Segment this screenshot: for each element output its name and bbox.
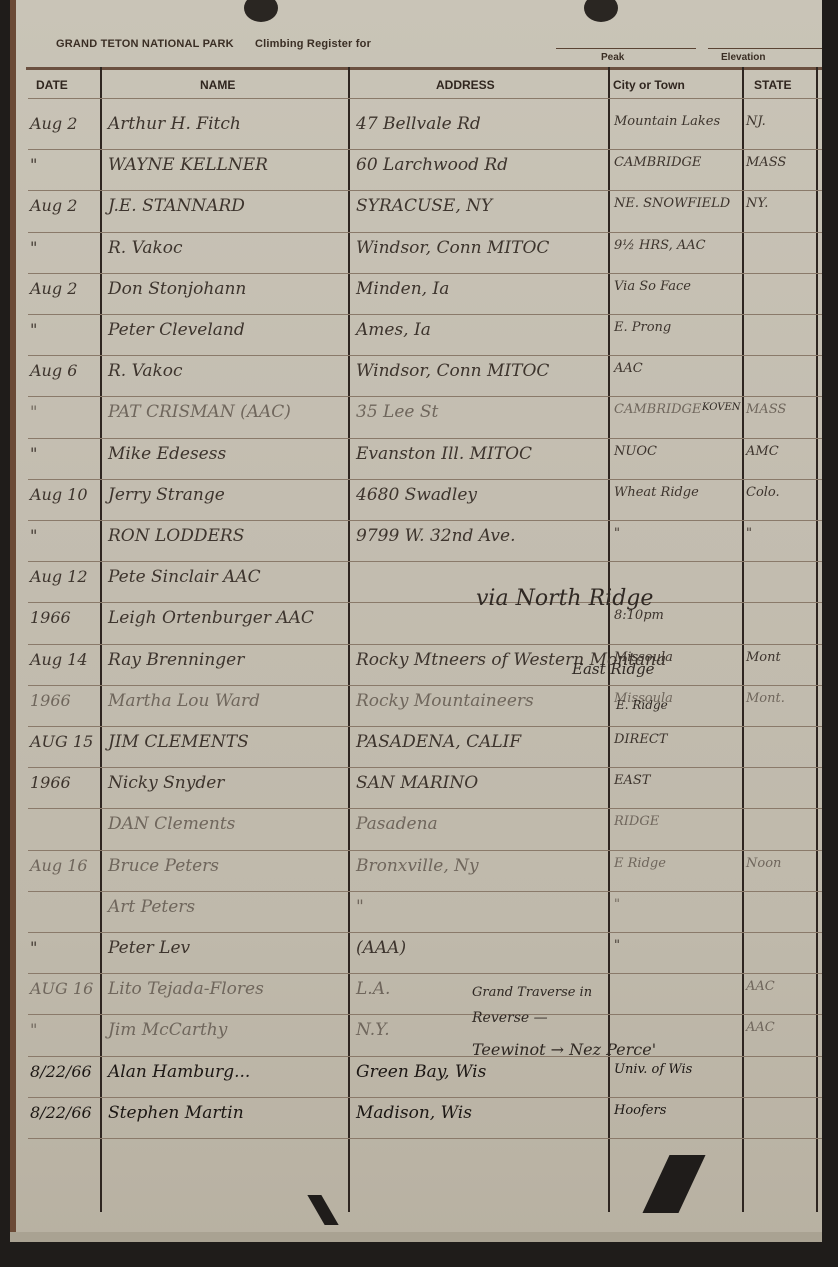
annotation-north-ridge: via North Ridge	[476, 586, 653, 611]
entry-address: SAN MARINO	[356, 773, 478, 793]
entry-address: Evanston Ill. MITOC	[356, 444, 532, 464]
entry-city: Mountain Lakes	[614, 114, 720, 129]
entry-address: Madison, Wis	[356, 1103, 472, 1123]
row-rule	[28, 561, 822, 562]
punch-hole	[244, 0, 278, 22]
entry-city: Via So Face	[614, 279, 691, 294]
paper-bottom-edge	[10, 1232, 822, 1242]
entry-address: PASADENA, CALIF	[356, 732, 521, 752]
row-rule	[28, 355, 822, 356]
entry-name: Leigh Ortenburger AAC	[108, 608, 314, 628]
entry-state: AAC	[746, 1020, 775, 1035]
entry-address: Windsor, Conn MITOC	[356, 238, 549, 258]
entry-name: Lito Tejada-Flores	[108, 979, 264, 999]
entry-address: Windsor, Conn MITOC	[356, 361, 549, 381]
paper-tear	[307, 1195, 338, 1225]
entry-date: "	[30, 320, 37, 339]
entry-state: Colo.	[746, 485, 780, 500]
annotation-grand-traverse: Grand Traverse in	[472, 985, 592, 1000]
annotation-e-ridge: E. Ridge	[616, 698, 668, 712]
annotation-teewinot: Teewinot → Nez Perce'	[472, 1040, 656, 1059]
column-header-state: STATE	[754, 78, 792, 92]
sheet-header: GRAND TETON NATIONAL PARK Climbing Regis…	[56, 38, 371, 50]
row-rule	[28, 98, 822, 99]
entry-name: J.E. STANNARD	[108, 196, 245, 216]
entry-name: Don Stonjohann	[108, 279, 246, 299]
entry-address: 9799 W. 32nd Ave.	[356, 526, 516, 546]
entry-state: Noon	[746, 856, 781, 871]
row-rule	[28, 438, 822, 439]
entry-name: Martha Lou Ward	[108, 691, 260, 711]
annotation-east-ridge: East Ridge	[572, 660, 655, 678]
row-rule	[28, 190, 822, 191]
entry-name: RON LODDERS	[108, 526, 244, 546]
entry-address: L.A.	[356, 979, 390, 999]
row-rule	[28, 232, 822, 233]
entry-date: Aug 14	[30, 650, 88, 669]
entry-date: "	[30, 526, 37, 545]
row-rule	[28, 149, 822, 150]
row-rule	[28, 396, 822, 397]
row-rule	[28, 850, 822, 851]
entry-address: Minden, Ia	[356, 279, 449, 299]
entry-address: 4680 Swadley	[356, 485, 477, 505]
row-rule	[28, 1014, 822, 1015]
entry-date: Aug 2	[30, 279, 77, 298]
peak-blank	[556, 48, 696, 49]
entry-address: Green Bay, Wis	[356, 1062, 486, 1082]
entry-city: Wheat Ridge	[614, 485, 699, 500]
row-rule	[28, 891, 822, 892]
entry-date: 8/22/66	[30, 1103, 92, 1122]
annotation-koven: KOVEN	[702, 402, 741, 413]
entry-city: E Ridge	[614, 856, 666, 871]
entry-city: Hoofers	[614, 1103, 666, 1118]
entry-date: Aug 10	[30, 485, 88, 504]
row-rule	[28, 644, 822, 645]
entry-name: R. Vakoc	[108, 238, 183, 258]
entry-date: Aug 6	[30, 361, 77, 380]
column-divider	[100, 67, 102, 1212]
row-rule	[28, 520, 822, 521]
entry-date: "	[30, 238, 37, 257]
entry-city: NUOC	[614, 444, 657, 459]
entry-address: 35 Lee St	[356, 402, 438, 422]
entry-state: Mont	[746, 650, 781, 665]
row-rule	[28, 314, 822, 315]
entry-date: AUG 16	[30, 979, 93, 998]
entry-address: (AAA)	[356, 938, 406, 958]
entry-state: "	[746, 526, 752, 541]
entry-name: Pete Sinclair AAC	[108, 567, 261, 587]
entry-name: Peter Lev	[108, 938, 190, 958]
entry-date: 1966	[30, 608, 71, 627]
entry-address: Pasadena	[356, 814, 438, 834]
column-header-date: DATE	[36, 78, 68, 92]
punch-hole	[584, 0, 618, 22]
park-title: GRAND TETON NATIONAL PARK	[56, 38, 234, 50]
entry-name: Nicky Snyder	[108, 773, 224, 793]
entry-name: Alan Hamburg...	[108, 1062, 250, 1082]
entry-address: "	[356, 897, 364, 917]
row-rule	[28, 932, 822, 933]
entry-address: N.Y.	[356, 1020, 390, 1040]
entry-name: Stephen Martin	[108, 1103, 244, 1123]
row-rule	[28, 726, 822, 727]
entry-date: "	[30, 402, 37, 421]
entry-name: Jerry Strange	[108, 485, 225, 505]
entry-city: CAMBRIDGE	[614, 155, 701, 170]
row-rule	[28, 1056, 822, 1057]
entry-state: AMC	[746, 444, 779, 459]
entry-date: Aug 12	[30, 567, 88, 586]
row-rule	[28, 273, 822, 274]
column-header-name: NAME	[200, 78, 235, 92]
entry-address: Rocky Mountaineers	[356, 691, 534, 711]
row-rule	[28, 1138, 822, 1139]
entry-name: R. Vakoc	[108, 361, 183, 381]
entry-state: MASS	[746, 402, 786, 417]
column-divider	[816, 67, 818, 1212]
row-rule	[28, 1097, 822, 1098]
row-rule	[28, 767, 822, 768]
entry-state: AAC	[746, 979, 775, 994]
entry-city: CAMBRIDGE	[614, 402, 701, 417]
row-rule	[28, 685, 822, 686]
entry-name: DAN Clements	[108, 814, 235, 834]
column-header-city: City or Town	[613, 78, 685, 92]
entry-date: "	[30, 938, 37, 957]
entry-date: "	[30, 155, 37, 174]
entry-address: Ames, Ia	[356, 320, 431, 340]
entry-address: 60 Larchwood Rd	[356, 155, 508, 175]
row-rule	[28, 808, 822, 809]
entry-name: WAYNE KELLNER	[108, 155, 268, 175]
entry-date: 1966	[30, 773, 71, 792]
entry-date: 1966	[30, 691, 71, 710]
entry-name: JIM CLEMENTS	[108, 732, 249, 752]
peak-label: Peak	[601, 52, 624, 63]
entry-name: Art Peters	[108, 897, 195, 917]
entry-state: Mont.	[746, 691, 785, 706]
entry-date: "	[30, 444, 37, 463]
row-rule	[28, 602, 822, 603]
paper-tear	[642, 1155, 705, 1213]
elevation-label: Elevation	[721, 52, 765, 63]
entry-address: Bronxville, Ny	[356, 856, 479, 876]
entry-city: "	[614, 897, 620, 912]
entry-date: Aug 2	[30, 114, 77, 133]
entry-city: RIDGE	[614, 814, 659, 829]
entry-date: Aug 16	[30, 856, 88, 875]
column-divider	[348, 67, 350, 1212]
entry-city: EAST	[614, 773, 650, 788]
entry-city: "	[614, 938, 620, 953]
entry-name: Ray Brenninger	[108, 650, 244, 670]
entry-name: Peter Cleveland	[108, 320, 245, 340]
entry-date: "	[30, 1020, 37, 1039]
entry-city: NE. SNOWFIELD	[614, 196, 730, 211]
entry-city: DIRECT	[614, 732, 667, 747]
annotation-reverse: Reverse —	[472, 1010, 548, 1026]
entry-city: 9½ HRS, AAC	[614, 238, 706, 253]
register-sheet: GRAND TETON NATIONAL PARK Climbing Regis…	[10, 0, 822, 1240]
entry-name: Arthur H. Fitch	[108, 114, 241, 134]
entry-state: NJ.	[746, 114, 766, 129]
entry-name: Bruce Peters	[108, 856, 219, 876]
entry-city: AAC	[614, 361, 643, 376]
register-label: Climbing Register for	[255, 38, 371, 50]
entry-date: AUG 15	[30, 732, 93, 751]
entry-city: Univ. of Wis	[614, 1062, 692, 1077]
entry-name: Jim McCarthy	[108, 1020, 227, 1040]
elevation-blank	[708, 48, 822, 49]
entry-name: PAT CRISMAN (AAC)	[108, 402, 291, 422]
entry-city: E. Prong	[614, 320, 671, 335]
entry-state: NY.	[746, 196, 768, 211]
entry-name: Mike Edesess	[108, 444, 226, 464]
row-rule	[28, 479, 822, 480]
header-rule	[26, 67, 822, 70]
entry-state: MASS	[746, 155, 786, 170]
row-rule	[28, 973, 822, 974]
column-header-address: ADDRESS	[436, 78, 495, 92]
entry-date: Aug 2	[30, 196, 77, 215]
entry-city: "	[614, 526, 620, 541]
entry-address: 47 Bellvale Rd	[356, 114, 481, 134]
entry-address: SYRACUSE, NY	[356, 196, 492, 216]
column-divider	[742, 67, 744, 1212]
entry-date: 8/22/66	[30, 1062, 92, 1081]
